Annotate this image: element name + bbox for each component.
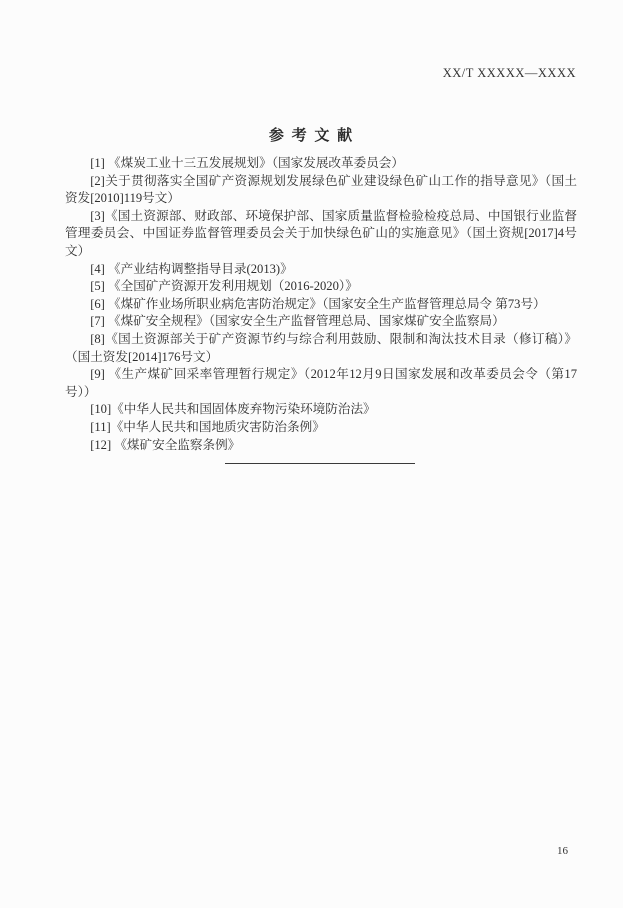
reference-item-9: [9] 《生产煤矿回采率管理暂行规定》（2012年12月9日国家发展和改革委员会…: [65, 366, 577, 401]
document-page: XX/T XXXXX—XXXX 参 考 文 献 [1] 《煤炭工业十三五发展规划…: [0, 0, 623, 908]
reference-item-6: [6] 《煤矿作业场所职业病危害防治规定》（国家安全生产监督管理总局令 第73号…: [65, 296, 577, 314]
reference-item-1: [1] 《煤炭工业十三五发展规划》（国家发展改革委员会）: [65, 155, 577, 173]
reference-item-4: [4] 《产业结构调整指导目录(2013)》: [65, 261, 577, 279]
reference-item-7: [7] 《煤矿安全规程》（国家安全生产监督管理总局、国家煤矿安全监察局）: [65, 313, 577, 331]
page-number: 16: [557, 845, 568, 857]
references-list: [1] 《煤炭工业十三五发展规划》（国家发展改革委员会） [2]关于贯彻落实全国…: [65, 155, 577, 454]
reference-item-12: [12] 《煤矿安全监察条例》: [65, 437, 577, 455]
end-of-document-rule: [225, 463, 415, 464]
reference-item-11: [11]《中华人民共和国地质灾害防治条例》: [65, 419, 577, 437]
section-title: 参 考 文 献: [0, 124, 623, 145]
reference-item-8: [8]《国土资源部关于矿产资源节约与综合利用鼓励、限制和淘汰技术目录（修订稿）》…: [65, 331, 577, 366]
standard-code-header: XX/T XXXXX—XXXX: [443, 66, 576, 81]
reference-item-2: [2]关于贯彻落实全国矿产资源规划发展绿色矿业建设绿色矿山工作的指导意见》（国土…: [65, 173, 577, 208]
reference-item-3: [3]《国土资源部、财政部、环境保护部、国家质量监督检验检疫总局、中国银行业监督…: [65, 208, 577, 261]
reference-item-5: [5] 《全国矿产资源开发利用规划（2016-2020）》: [65, 278, 577, 296]
reference-item-10: [10]《中华人民共和国固体废弃物污染环境防治法》: [65, 401, 577, 419]
